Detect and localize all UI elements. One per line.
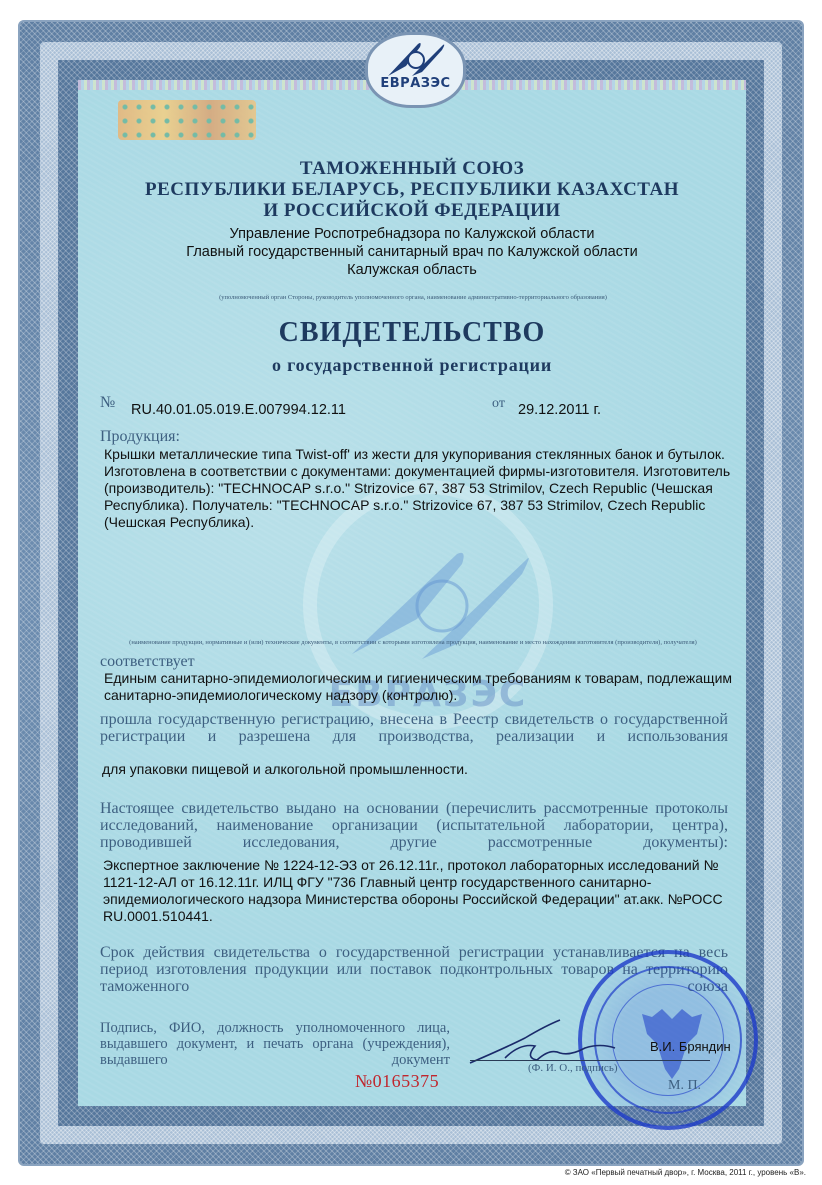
header-line-1: ТАМОЖЕННЫЙ СОЮЗ: [78, 158, 746, 179]
conformity-text: Единым санитарно-эпидемиологическим и ги…: [104, 670, 732, 704]
authority-line-3: Калужская область: [78, 261, 746, 279]
registration-usage: для упаковки пищевой и алкогольной промы…: [102, 761, 730, 778]
evrazes-watermark-icon: [347, 544, 537, 664]
emblem-label: ЕВРАЗЭС: [368, 76, 463, 91]
evrazes-logo-icon: [386, 40, 446, 78]
printer-footer: © ЗАО «Первый печатный двор», г. Москва,…: [565, 1168, 806, 1177]
authority-caption: (уполномоченный орган Стороны, руководит…: [90, 294, 736, 301]
basis-documents: Экспертное заключение № 1224-12-ЭЗ от 26…: [103, 857, 731, 925]
registration-number: RU.40.01.05.019.Е.007994.12.11: [131, 402, 346, 418]
product-caption: (наименование продукции, нормативные и (…: [90, 639, 736, 646]
registration-text: прошла государственную регистрацию, внес…: [100, 711, 728, 765]
product-description: Крышки металлические типа Twist-off' из …: [104, 446, 732, 531]
signature-line-caption: (Ф. И. О., подпись): [528, 1062, 618, 1074]
signatory-name: В.И. Бряндин: [650, 1039, 731, 1054]
document-subtitle: о государственной регистрации: [78, 355, 746, 376]
product-label: Продукция:: [100, 428, 180, 446]
seal-place-label: М. П.: [668, 1078, 701, 1094]
date-label: от: [492, 396, 505, 412]
signature-line: [470, 1060, 710, 1061]
document-title: СВИДЕТЕЛЬСТВО: [78, 317, 746, 349]
conformity-label: соответствует: [100, 653, 195, 671]
form-serial-number: №0165375: [355, 1071, 439, 1092]
evrazes-emblem: ЕВРАЗЭС: [365, 32, 466, 108]
header-line-3: И РОССИЙСКОЙ ФЕДЕРАЦИИ: [78, 200, 746, 221]
header-line-2: РЕСПУБЛИКИ БЕЛАРУСЬ, РЕСПУБЛИКИ КАЗАХСТА…: [78, 179, 746, 200]
authority-line-1: Управление Роспотребнадзора по Калужской…: [78, 225, 746, 243]
authority-line-2: Главный государственный санитарный врач …: [78, 243, 746, 261]
hologram-icon: [118, 100, 256, 140]
number-label: №: [100, 394, 115, 412]
registration-date: 29.12.2011 г.: [518, 402, 601, 418]
